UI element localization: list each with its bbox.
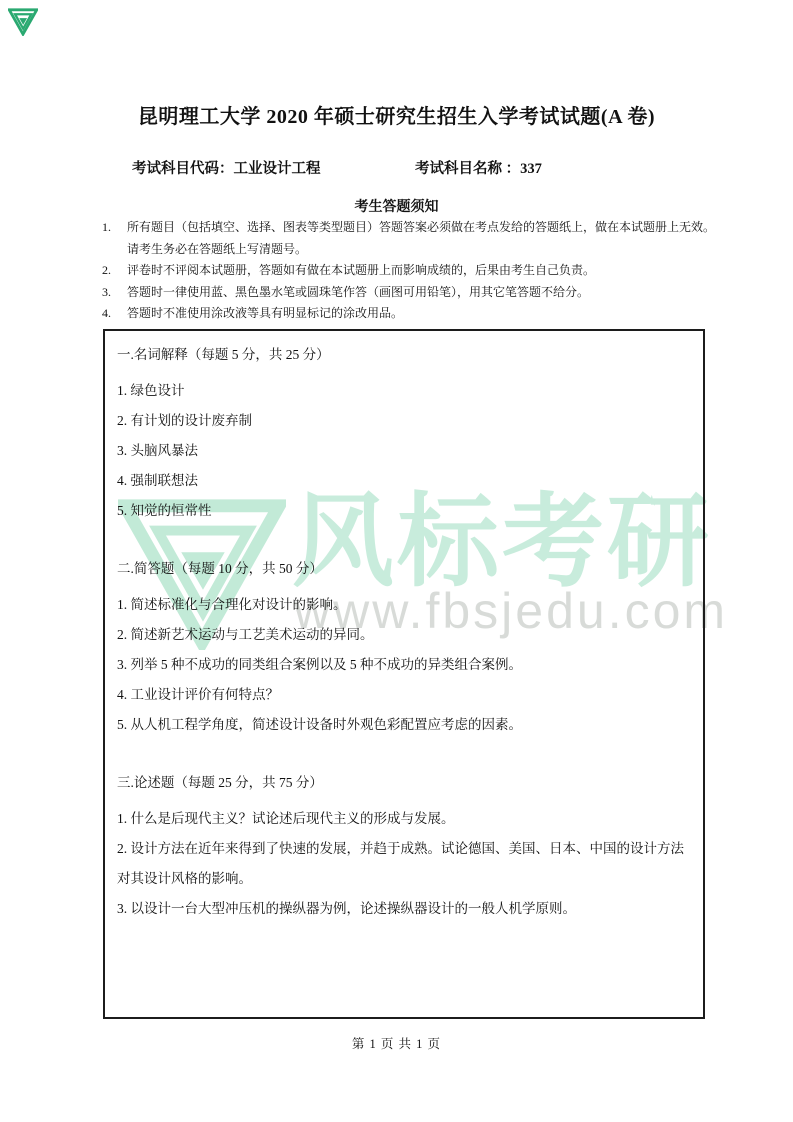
- question-item: 5. 知觉的恒常性: [117, 496, 689, 526]
- question-item: 3. 以设计一台大型冲压机的操纵器为例，论述操纵器设计的一般人机学原则。: [117, 894, 689, 924]
- question-item: 5. 从人机工程学角度，简述设计设备时外观色彩配置应考虑的因素。: [117, 710, 689, 740]
- fengbiao-corner-logo-icon: [8, 8, 38, 36]
- question-item: 2. 简述新艺术运动与工艺美术运动的异同。: [117, 620, 689, 650]
- section-heading-3: 三.论述题（每题 25 分，共 75 分）: [117, 768, 689, 798]
- question-item: 1. 简述标准化与合理化对设计的影响。: [117, 590, 689, 620]
- question-item: 2. 设计方法在近年来得到了快速的发展，并趋于成熟。试论德国、美国、日本、中国的…: [117, 834, 689, 894]
- notice-text: 答题时不准使用涂改液等具有明显标记的涂改用品。: [127, 306, 403, 320]
- question-box: 一.名词解释（每题 5 分，共 25 分） 1. 绿色设计 2. 有计划的设计废…: [103, 329, 705, 1019]
- notice-text: 评卷时不评阅本试题册，答题如有做在本试题册上而影响成绩的，后果由考生自己负责。: [127, 263, 595, 277]
- question-item: 3. 列举 5 种不成功的同类组合案例以及 5 种不成功的异类组合案例。: [117, 650, 689, 680]
- subject-code: 考试科目代码：工业设计工程: [132, 157, 321, 178]
- question-item: 2. 有计划的设计废弃制: [117, 406, 689, 436]
- subject-name: 考试科目名称 ：337: [415, 157, 542, 178]
- notice-item: 2. 评卷时不评阅本试题册，答题如有做在本试题册上而影响成绩的，后果由考生自己负…: [100, 260, 722, 282]
- notice-number: 4.: [102, 303, 111, 325]
- notice-title: 考生答题须知: [0, 196, 793, 216]
- notice-number: 2.: [102, 260, 111, 282]
- question-item: 1. 绿色设计: [117, 376, 689, 406]
- question-item: 1. 什么是后现代主义？试论述后现代主义的形成与发展。: [117, 804, 689, 834]
- notice-item: 1. 所有题目（包括填空、选择、图表等类型题目）答题答案必须做在考点发给的答题纸…: [100, 217, 722, 260]
- question-item: 3. 头脑风暴法: [117, 436, 689, 466]
- exam-paper-page: 风标考研 www.fbsjedu.com 昆明理工大学 2020 年硕士研究生招…: [0, 0, 793, 1122]
- section-heading-1: 一.名词解释（每题 5 分，共 25 分）: [117, 340, 689, 370]
- notice-number: 3.: [102, 282, 111, 304]
- subject-row: 考试科目代码：工业设计工程 考试科目名称 ：337: [0, 157, 793, 177]
- notice-number: 1.: [102, 217, 111, 239]
- exam-title: 昆明理工大学 2020 年硕士研究生招生入学考试试题(A 卷): [0, 100, 793, 129]
- page-content: 昆明理工大学 2020 年硕士研究生招生入学考试试题(A 卷) 考试科目代码：工…: [0, 0, 793, 1122]
- notice-item: 3. 答题时一律使用蓝、黑色墨水笔或圆珠笔作答（画图可用铅笔），用其它笔答题不给…: [100, 282, 722, 304]
- notice-item: 4. 答题时不准使用涂改液等具有明显标记的涂改用品。: [100, 303, 722, 325]
- page-footer: 第 1 页 共 1 页: [0, 1034, 793, 1052]
- section-heading-2: 二.简答题（每题 10 分，共 50 分）: [117, 554, 689, 584]
- notices-list: 1. 所有题目（包括填空、选择、图表等类型题目）答题答案必须做在考点发给的答题纸…: [100, 217, 722, 325]
- question-item: 4. 工业设计评价有何特点？: [117, 680, 689, 710]
- question-item: 4. 强制联想法: [117, 466, 689, 496]
- notice-text: 答题时一律使用蓝、黑色墨水笔或圆珠笔作答（画图可用铅笔），用其它笔答题不给分。: [127, 285, 589, 299]
- notice-text: 所有题目（包括填空、选择、图表等类型题目）答题答案必须做在考点发给的答题纸上，做…: [127, 220, 715, 256]
